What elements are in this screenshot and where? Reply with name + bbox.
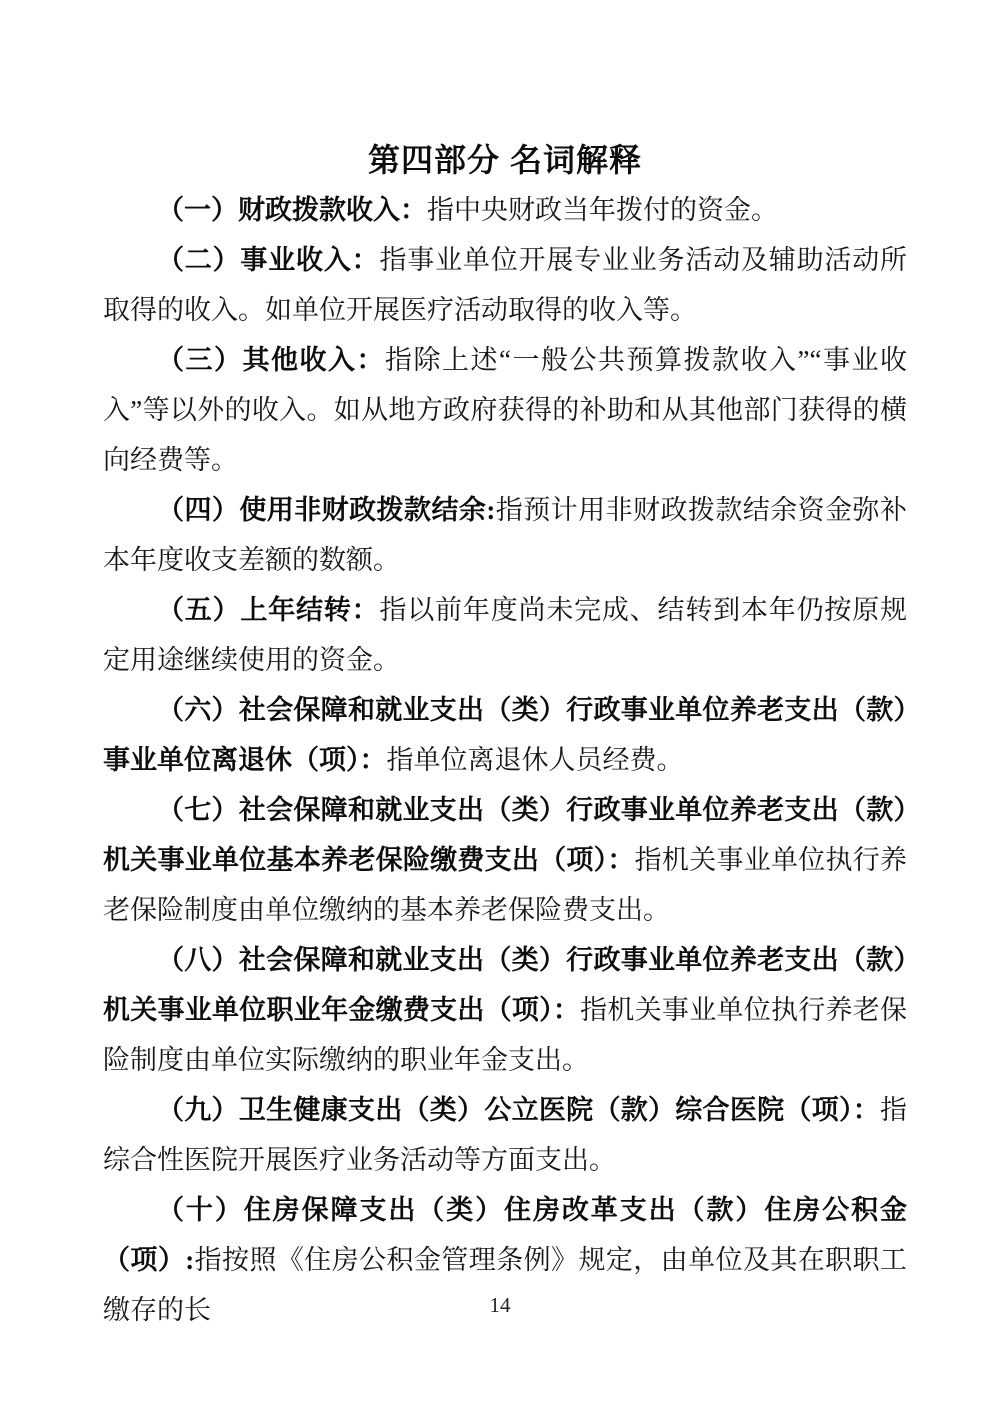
glossary-item-3: （三）其他收入：指除上述“一般公共预算拨款收入”“事业收入”等以外的收入。如从地… xyxy=(103,335,907,485)
term-label: （二）事业收入： xyxy=(157,245,379,275)
glossary-item-8: （八）社会保障和就业支出（类）行政事业单位养老支出（款）机关事业单位职业年金缴费… xyxy=(103,935,907,1085)
glossary-item-1: （一）财政拨款收入：指中央财政当年拨付的资金。 xyxy=(103,185,907,235)
term-label: （一）财政拨款收入： xyxy=(157,195,427,225)
document-content: 第四部分 名词解释 （一）财政拨款收入：指中央财政当年拨付的资金。 （二）事业收… xyxy=(103,135,907,1335)
glossary-item-6: （六）社会保障和就业支出（类）行政事业单位养老支出（款）事业单位离退休（项）：指… xyxy=(103,685,907,785)
glossary-item-5: （五）上年结转：指以前年度尚未完成、结转到本年仍按原规定用途继续使用的资金。 xyxy=(103,585,907,685)
glossary-item-2: （二）事业收入：指事业单位开展专业业务活动及辅助活动所取得的收入。如单位开展医疗… xyxy=(103,235,907,335)
term-label: （四）使用非财政拨款结余: xyxy=(157,495,495,525)
page-number: 14 xyxy=(0,1292,1000,1318)
term-label: （五）上年结转： xyxy=(157,595,379,625)
document-page: 第四部分 名词解释 （一）财政拨款收入：指中央财政当年拨付的资金。 （二）事业收… xyxy=(0,0,1000,1414)
term-label: （三）其他收入： xyxy=(157,345,385,375)
term-label: （九）卫生健康支出（类）公立医院（款）综合医院（项）： xyxy=(157,1095,880,1125)
glossary-item-7: （七）社会保障和就业支出（类）行政事业单位养老支出（款）机关事业单位基本养老保险… xyxy=(103,785,907,935)
glossary-item-9: （九）卫生健康支出（类）公立医院（款）综合医院（项）：指综合性医院开展医疗业务活… xyxy=(103,1085,907,1185)
glossary-item-4: （四）使用非财政拨款结余:指预计用非财政拨款结余资金弥补本年度收支差额的数额。 xyxy=(103,485,907,585)
term-definition: 指单位离退休人员经费。 xyxy=(387,745,684,775)
page-title: 第四部分 名词解释 xyxy=(103,135,907,185)
term-definition: 指中央财政当年拨付的资金。 xyxy=(427,195,778,225)
